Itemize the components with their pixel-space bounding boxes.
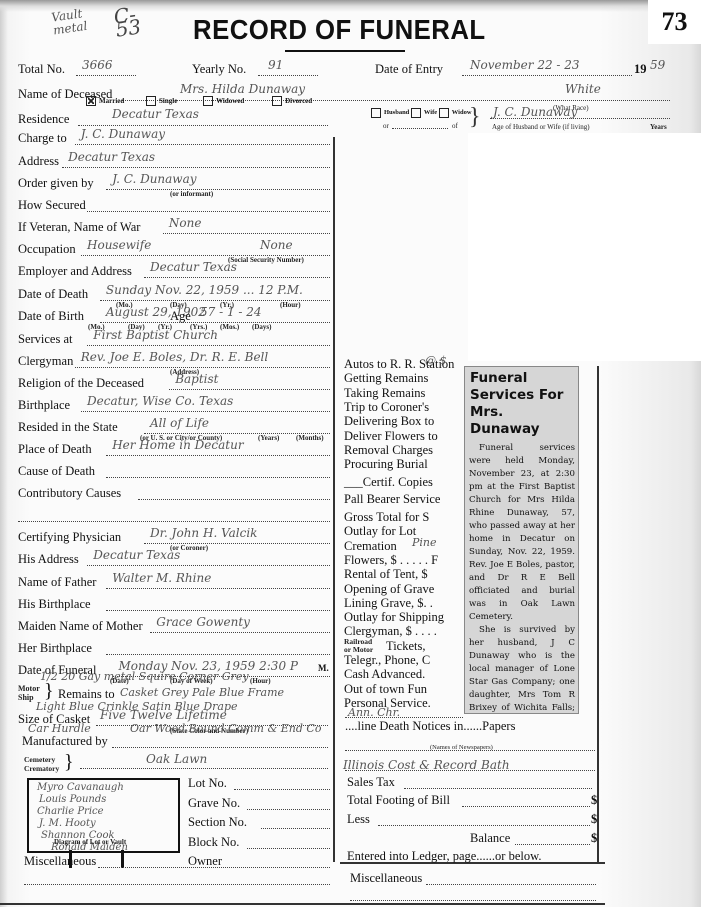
spouse-age-unit: Years <box>650 123 667 131</box>
right-column-divider <box>597 366 599 862</box>
newspaper-clipping: Funeral Services For Mrs. Dunaway Funera… <box>464 366 579 714</box>
remains-note-1: 1/2 20 Gay metal Squire Corner Grey <box>40 670 249 683</box>
checkbox[interactable] <box>439 108 449 118</box>
casket-size-value: Five Twelve Lifetime <box>100 708 227 722</box>
dotted-line <box>462 806 590 807</box>
field-value: None <box>169 216 202 230</box>
spouse-type-group: Husband Wife Widow <box>371 108 472 118</box>
dotted-line <box>490 118 670 119</box>
cemetery-value: Oak Lawn <box>146 752 207 766</box>
dotted-line <box>106 455 330 456</box>
field-label: Clergyman <box>18 354 73 369</box>
dotted-line <box>75 367 330 368</box>
motor-label: Motor <box>18 684 40 693</box>
column-divider <box>333 137 335 862</box>
dotted-line <box>78 125 328 126</box>
checkbox[interactable] <box>86 96 96 106</box>
total-footing-label: Total Footing of Bill <box>347 793 450 808</box>
lot-field-label: Lot No. <box>188 776 227 791</box>
right-field-label: Gross Total for S <box>344 510 429 525</box>
manufacturer-label: Manufactured by <box>22 734 108 749</box>
field-label: Date of Birth <box>18 309 84 324</box>
field-value: Decatur Texas <box>93 548 180 562</box>
year-value: 59 <box>650 58 665 72</box>
dotted-line <box>345 717 463 718</box>
field-label: Order given by <box>18 176 94 191</box>
right-field-label: Flowers, $ . . . . . F <box>344 553 438 568</box>
field-label: Services at <box>18 332 73 347</box>
field-label: Place of Death <box>18 442 92 457</box>
field-label: Maiden Name of Mother <box>18 619 143 634</box>
lot-field-label: Block No. <box>188 835 239 850</box>
right-field-label: Opening of Grave <box>344 582 434 597</box>
dotted-line <box>81 411 330 412</box>
field-label: Employer and Address <box>18 264 132 279</box>
field-label: His Address <box>18 552 79 567</box>
field-label: Religion of the Deceased <box>18 376 144 391</box>
checkbox[interactable] <box>203 96 213 106</box>
marital-single[interactable]: Single <box>146 97 177 105</box>
field-value: All of Life <box>150 416 209 430</box>
clipping-paragraph: Funeral services were held Monday, Novem… <box>469 442 575 624</box>
blank-right-panel <box>468 133 701 361</box>
dotted-line <box>76 75 136 76</box>
misc-right-label: Miscellaneous <box>350 871 422 886</box>
age-label: Age <box>170 309 191 324</box>
dotted-line <box>426 884 596 885</box>
field-value: Walter M. Rhine <box>112 571 211 585</box>
right-field-label: Pall Bearer Service <box>344 492 440 507</box>
checkbox-label: Divorced <box>285 97 312 105</box>
field-value: Decatur, Wise Co. Texas <box>87 394 233 408</box>
dotted-line <box>258 75 318 76</box>
pallbearer-name: Louis Pounds <box>37 794 128 806</box>
cemetery-label: Cemetery <box>24 755 59 764</box>
right-field-label: Getting Remains <box>344 371 428 386</box>
field-value: First Baptist Church <box>93 328 218 342</box>
diagram-leg <box>121 850 124 868</box>
right-field-label: Taking Remains <box>344 386 425 401</box>
dotted-line <box>106 610 330 611</box>
pallbearer-name: J. M. Hooty <box>37 818 128 830</box>
field-value: Rev. Joe E. Boles, Dr. R. E. Bell <box>81 350 269 364</box>
right-field-value: @ $ <box>425 354 447 367</box>
field-value: Baptist <box>175 372 218 386</box>
field-caption: (Social Security Number) <box>228 256 304 264</box>
age-value: 57 - 1 - 24 <box>200 305 262 319</box>
page-title: RECORD OF FUNERAL <box>193 14 486 46</box>
title-underline <box>285 50 405 52</box>
field-value: Decatur Texas <box>68 150 155 164</box>
field-value: Housewife <box>87 238 151 252</box>
field-label: Occupation <box>18 242 76 257</box>
dotted-line <box>87 211 330 212</box>
field-label: Date of Death <box>18 287 88 302</box>
right-field-label: Removal Charges <box>344 443 433 458</box>
dotted-line <box>87 345 330 346</box>
checkbox[interactable] <box>411 108 421 118</box>
field-label: How Secured <box>18 198 86 213</box>
currency-symbol: $ <box>591 812 597 827</box>
misc-left-label: Miscellaneous <box>24 854 96 869</box>
right-field-label: Outlay for Shipping <box>344 610 444 625</box>
race-value: White <box>565 82 601 96</box>
field-label: Charge to <box>18 131 67 146</box>
checkbox-label: Widowed <box>216 97 244 105</box>
field-label: Name of Father <box>18 575 96 590</box>
dotted-line <box>62 167 330 168</box>
dotted-line <box>350 900 596 901</box>
field-caption: (Hour) <box>250 677 271 685</box>
right-field-label: Cash Advanced. <box>344 667 425 682</box>
remains-note-2: Casket Grey Pale Blue Frame <box>120 686 284 699</box>
field-caption: (Hour) <box>280 301 301 309</box>
lot-field-label: Section No. <box>188 815 247 830</box>
death-notices-label: ....line Death Notices in......Papers <box>345 719 515 734</box>
date-of-entry-label: Date of Entry <box>375 62 443 77</box>
spouse-widow[interactable]: Widow <box>439 109 472 116</box>
clipping-headline: Funeral Services For Mrs. Dunaway <box>470 370 575 438</box>
field-value: Dr. John H. Valcik <box>150 526 257 540</box>
lot-field-label: Grave No. <box>188 796 240 811</box>
field-value: Sunday Nov. 22, 1959 ... 12 P.M. <box>106 283 303 297</box>
railroad-motor-label: Railroad or Motor <box>344 638 373 654</box>
dotted-line <box>144 277 330 278</box>
spouse-of: of <box>452 122 458 130</box>
dotted-line <box>404 788 592 789</box>
right-field-label: Out of town Fun <box>344 682 427 697</box>
field-label: Cause of Death <box>18 464 95 479</box>
clipping-body: Funeral services were held Monday, Novem… <box>469 442 575 714</box>
dotted-line <box>106 654 330 655</box>
spouse-name: J. C. Dunaway <box>493 105 577 119</box>
spouse-wife[interactable]: Wife <box>411 109 437 116</box>
currency-symbol: $ <box>591 831 597 846</box>
residence-value: Decatur Texas <box>112 107 199 121</box>
field-value: Decatur Texas <box>150 260 237 274</box>
right-field-label: Outlay for Lot <box>344 524 416 539</box>
sales-tax-label: Sales Tax <box>347 775 395 790</box>
dotted-line <box>345 770 595 771</box>
dotted-line <box>112 747 328 748</box>
bottom-rule <box>0 903 605 905</box>
right-field-label: ___Certif. Copies <box>344 475 433 490</box>
page-number: 73 <box>648 0 701 44</box>
field-value: J. C. Dunaway <box>81 127 165 141</box>
spouse-or: or <box>383 122 389 130</box>
dotted-line <box>18 521 330 522</box>
yearly-no-value: 91 <box>268 58 283 72</box>
dotted-line <box>87 565 330 566</box>
cemetery-labels: CemeteryCrematory <box>24 755 59 773</box>
newspapers-caption: (Names of Newspapers) <box>430 744 493 751</box>
checkbox-label: Wife <box>424 109 437 116</box>
checkbox-label: Single <box>159 97 177 105</box>
checkbox[interactable] <box>146 96 156 106</box>
checkbox[interactable] <box>272 96 282 106</box>
field-caption: (Mos.) <box>220 323 239 331</box>
field-caption: (Years) <box>258 434 279 442</box>
dotted-line <box>24 884 330 885</box>
dotted-line <box>163 233 330 234</box>
date-of-entry-value: November 22 - 23 <box>470 58 580 72</box>
total-no-label: Total No. <box>18 62 65 77</box>
spouse-husband[interactable]: Husband <box>371 109 409 116</box>
pallbearer-name: Charlie Price <box>37 806 128 818</box>
less-label: Less <box>347 812 370 827</box>
ledger-label: Entered into Ledger, page......or below. <box>347 849 541 864</box>
right-field-label: Tickets, <box>386 639 425 654</box>
funeral-record-page: 73 Vault metal C-53 RECORD OF FUNERAL To… <box>0 0 701 907</box>
total-no-value: 3666 <box>82 58 113 72</box>
right-field-label: Rental of Tent, $ <box>344 567 428 582</box>
marital-married[interactable]: Married <box>86 97 124 105</box>
right-field-label: Procuring Burial <box>344 457 428 472</box>
field-value: Her Home in Decatur <box>112 438 243 452</box>
balance-label: Balance <box>470 831 510 846</box>
dotted-line <box>106 588 330 589</box>
yearly-no-label: Yearly No. <box>192 62 246 77</box>
dotted-line <box>150 632 330 633</box>
deceased-name: Mrs. Hilda Dunaway <box>180 82 305 96</box>
clipping-paragraph: She is survived by her husband, J C Duna… <box>469 624 575 714</box>
manufacturer-value: Oar Wood Bound Comm & End Co <box>130 722 321 735</box>
field-label: Birthplace <box>18 398 70 413</box>
dotted-line <box>378 825 590 826</box>
dotted-line <box>247 848 330 849</box>
field-label: Address <box>18 154 59 169</box>
marital-widowed[interactable]: Widowed <box>203 97 244 105</box>
marital-divorced[interactable]: Divorced <box>272 97 312 105</box>
right-field-label: Trip to Coroner's <box>344 400 429 415</box>
pallbearer-name: Myro Cavanaugh <box>37 782 128 794</box>
right-field-label: Telegr., Phone, C <box>344 653 430 668</box>
field-value: Grace Gowenty <box>156 615 250 629</box>
dotted-line <box>234 789 330 790</box>
crematory-label: Crematory <box>24 764 59 773</box>
spouse-age-label: Age of Husband or Wife (if living) <box>492 123 590 131</box>
field-label: Certifying Physician <box>18 530 121 545</box>
right-field-label: Deliver Flowers to <box>344 429 438 444</box>
dotted-line <box>462 75 632 76</box>
field-caption: (Months) <box>296 434 324 442</box>
dotted-line <box>392 128 448 129</box>
dotted-line <box>106 189 330 190</box>
checkbox-label: Married <box>99 97 124 105</box>
marital-status-group: Married Single Widowed Divorced <box>86 96 312 106</box>
brace: } <box>64 751 74 774</box>
brace: } <box>469 104 481 131</box>
field-label: Resided in the State <box>18 420 118 435</box>
field-value: None <box>260 238 293 252</box>
currency-symbol: $ <box>591 793 597 808</box>
right-field-label: Delivering Box to <box>344 414 434 429</box>
year-prefix: 19 <box>634 62 647 77</box>
dotted-line <box>98 867 330 868</box>
residence-label: Residence <box>18 112 69 127</box>
field-label: Her Birthplace <box>18 641 92 656</box>
vault-code: C-53 <box>113 7 142 36</box>
right-field-value: Pine <box>412 536 437 549</box>
dotted-line <box>75 144 330 145</box>
dotted-line <box>106 477 330 478</box>
diagram-caption: Diagram of Lot or Vault <box>54 838 126 846</box>
dotted-line <box>247 809 330 810</box>
field-caption: (Days) <box>252 323 271 331</box>
dotted-line <box>138 499 330 500</box>
field-label: If Veteran, Name of War <box>18 220 140 235</box>
dotted-line <box>80 768 328 769</box>
field-label: His Birthplace <box>18 597 91 612</box>
field-caption: (or informant) <box>170 190 213 198</box>
checkbox-label: Husband <box>384 109 409 116</box>
field-label: Contributory Causes <box>18 486 121 501</box>
field-suffix: M. <box>318 663 329 673</box>
dotted-line <box>169 389 330 390</box>
right-field-label: Cremation <box>344 539 397 554</box>
checkbox[interactable] <box>371 108 381 118</box>
right-field-label: Lining Grave, $. . <box>344 596 433 611</box>
dotted-line <box>261 828 330 829</box>
field-value: J. C. Dunaway <box>112 172 196 186</box>
dotted-line <box>515 844 590 845</box>
